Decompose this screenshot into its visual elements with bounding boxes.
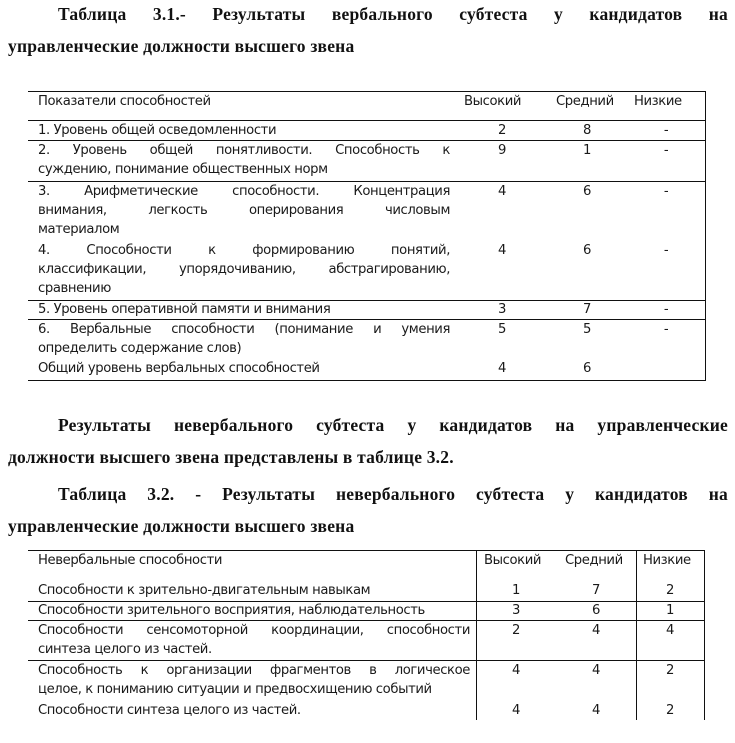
- cell-mid: 6: [576, 601, 616, 621]
- table-row-label: Способность к организации фрагментов в л…: [38, 661, 470, 681]
- cell-low: 2: [650, 661, 690, 681]
- table-row-label: целое, к пониманию ситуации и предвосхищ…: [38, 680, 432, 700]
- cell-low: 2: [650, 701, 690, 721]
- table-row-label: Способности синтеза целого из частей.: [38, 701, 301, 721]
- cell-mid: 4: [576, 701, 616, 721]
- column-header: Средний: [565, 551, 623, 571]
- cell-low: 1: [650, 601, 690, 621]
- cell-low: 2: [650, 581, 690, 601]
- table-border: [704, 550, 705, 720]
- cell-mid: 4: [576, 661, 616, 681]
- table-row-label: Способности зрительного восприятия, набл…: [38, 601, 425, 621]
- cell-mid: 7: [576, 581, 616, 601]
- column-divider: [476, 550, 477, 720]
- column-header: Невербальные способности: [38, 551, 222, 571]
- cell-high: 4: [496, 701, 536, 721]
- column-divider: [636, 550, 637, 720]
- column-header: Низкие: [643, 551, 691, 571]
- cell-high: 2: [496, 621, 536, 641]
- cell-low: 4: [650, 621, 690, 641]
- table-row-label: Способности к зрительно-двигательным нав…: [38, 581, 370, 601]
- column-header: Высокий: [484, 551, 541, 571]
- table-row-label: Способности сенсомоторной координации, с…: [38, 621, 470, 641]
- cell-high: 4: [496, 661, 536, 681]
- cell-high: 1: [496, 581, 536, 601]
- cell-high: 3: [496, 601, 536, 621]
- table-3-2: Невербальные способности Высокий Средний…: [0, 0, 735, 743]
- cell-mid: 4: [576, 621, 616, 641]
- table-row-label: синтеза целого из частей.: [38, 640, 212, 660]
